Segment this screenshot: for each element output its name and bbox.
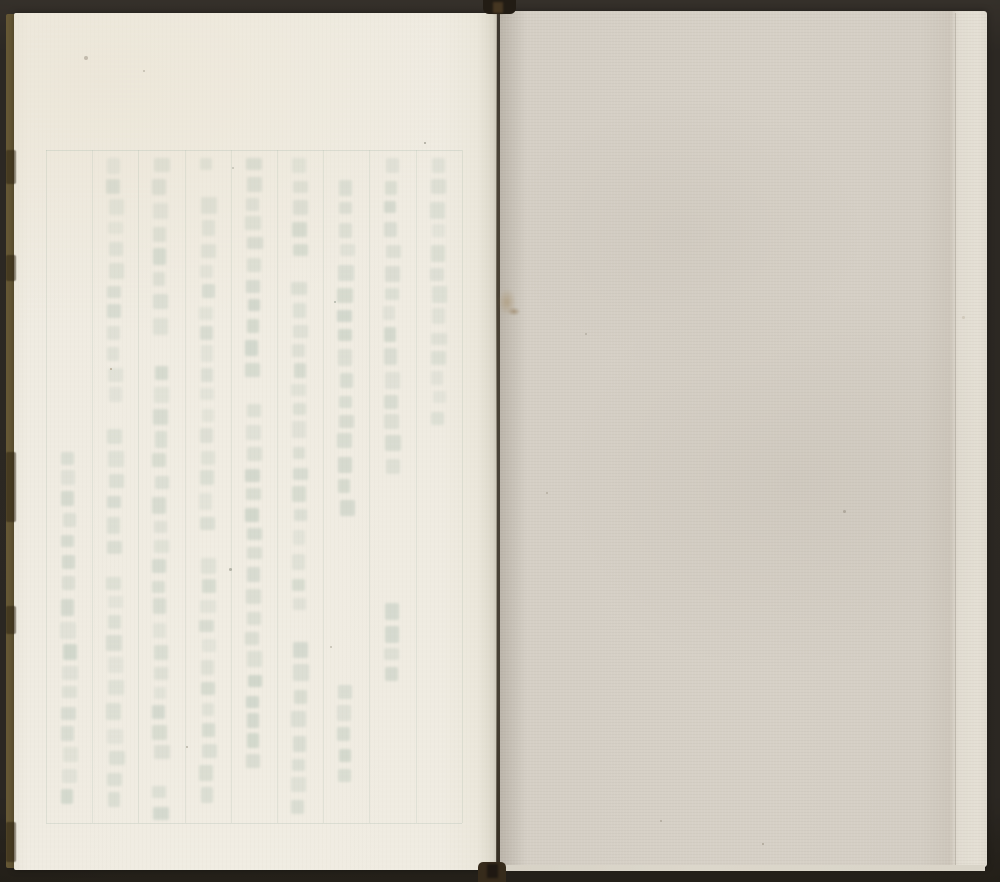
spine-notch-top [483,0,516,14]
right-page-edge-seam [955,13,956,865]
left-page [14,13,497,870]
right-page-bottom-edge [504,865,985,871]
right-page-gutter-shade [500,11,526,867]
gutter-line [496,13,500,868]
spine-notch-bottom [478,862,506,882]
book-photo: Photograph of an open traditionally stit… [0,0,1000,882]
right-page [500,11,987,867]
gutter-stain-small [506,306,522,317]
left-page-gutter-shade [477,13,497,870]
